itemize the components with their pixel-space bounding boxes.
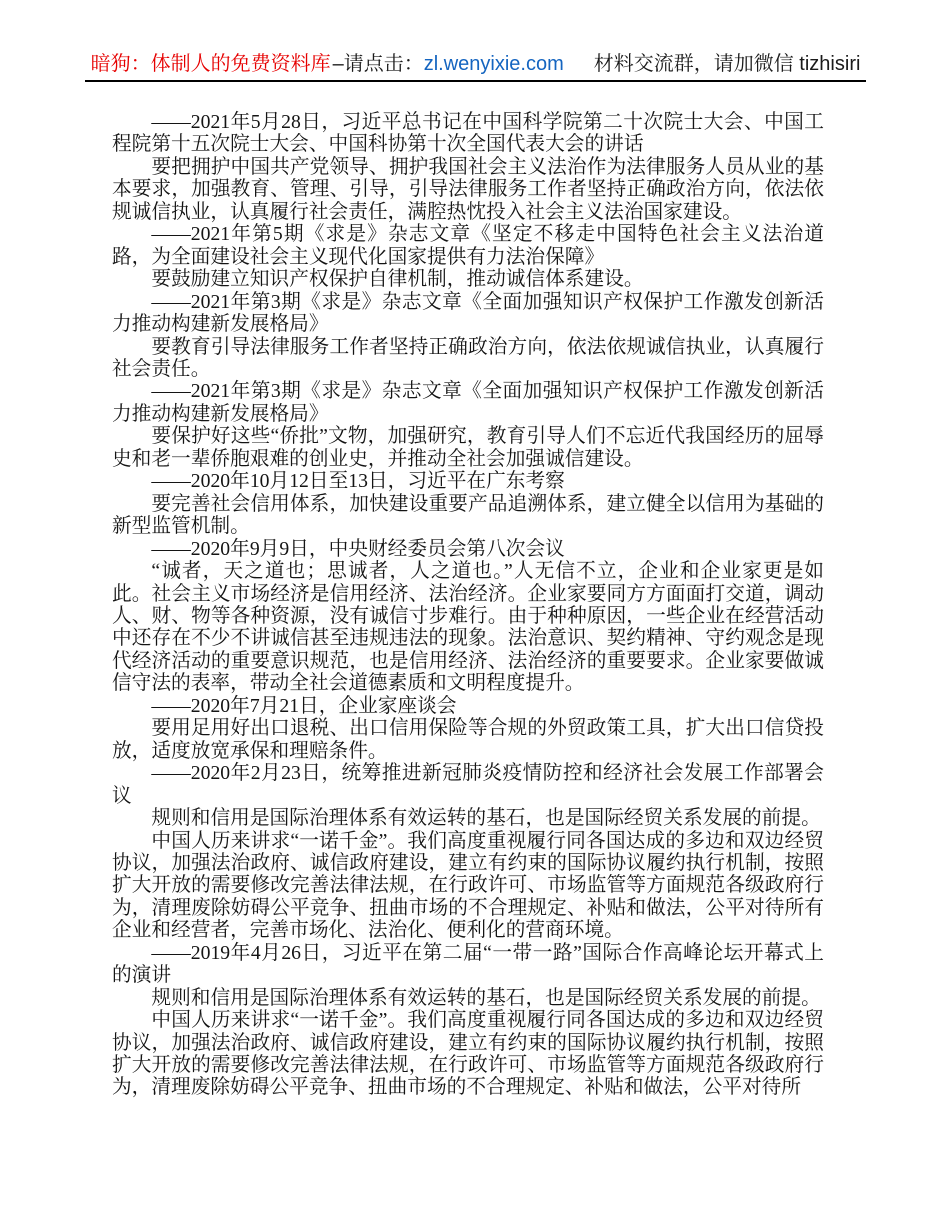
document-page: 暗狗：体制人的免费资料库 –请点击： zl.wenyixie.com 材料交流群… <box>0 0 950 1230</box>
header-divider <box>85 80 866 82</box>
page-header: 暗狗：体制人的免费资料库 –请点击： zl.wenyixie.com 材料交流群… <box>85 50 866 78</box>
header-brand-text: 暗狗：体制人的免费资料库 <box>91 50 331 78</box>
paragraph: ——2021年第3期《求是》杂志文章《全面加强知识产权保护工作激发创新活力推动构… <box>112 291 824 336</box>
paragraph: ——2021年5月28日，习近平总书记在中国科学院第二十次院士大会、中国工程院第… <box>112 111 824 156</box>
paragraph: 要保护好这些“侨批”文物，加强研究，教育引导人们不忘近代我国经历的屈辱史和老一辈… <box>112 425 824 470</box>
paragraph: ——2021年第5期《求是》杂志文章《坚定不移走中国特色社会主义法治道路，为全面… <box>112 223 824 268</box>
paragraph: ——2020年2月23日，统筹推进新冠肺炎疫情防控和经济社会发展工作部署会议 <box>112 762 824 807</box>
paragraph: ——2019年4月26日，习近平在第二届“一带一路”国际合作高峰论坛开幕式上的演… <box>112 942 824 987</box>
paragraph: “诚者，天之道也；思诚者，人之道也。”人无信不立，企业和企业家更是如此。社会主义… <box>112 560 824 695</box>
header-contact-note: 材料交流群，请加微信 tizhisiri <box>594 50 861 78</box>
paragraph: 要完善社会信用体系，加快建设重要产品追溯体系，建立健全以信用为基础的新型监管机制… <box>112 493 824 538</box>
paragraph: 要用足用好出口退税、出口信用保险等合规的外贸政策工具，扩大出口信贷投放，适度放宽… <box>112 717 824 762</box>
paragraph: 规则和信用是国际治理体系有效运转的基石，也是国际经贸关系发展的前提。 <box>112 987 824 1009</box>
paragraph: ——2020年7月21日，企业家座谈会 <box>112 695 824 717</box>
header-link-prefix: –请点击： <box>333 50 424 78</box>
paragraph: ——2021年第3期《求是》杂志文章《全面加强知识产权保护工作激发创新活力推动构… <box>112 380 824 425</box>
document-body: ——2021年5月28日，习近平总书记在中国科学院第二十次院士大会、中国工程院第… <box>112 111 824 1099</box>
header-site-link[interactable]: zl.wenyixie.com <box>424 50 564 78</box>
paragraph: 要把拥护中国共产党领导、拥护我国社会主义法治作为法律服务人员从业的基本要求，加强… <box>112 156 824 223</box>
paragraph: 中国人历来讲求“一诺千金”。我们高度重视履行同各国达成的多边和双边经贸协议，加强… <box>112 1009 824 1099</box>
paragraph: ——2020年9月9日，中央财经委员会第八次会议 <box>112 538 824 560</box>
paragraph: 要鼓励建立知识产权保护自律机制，推动诚信体系建设。 <box>112 268 824 290</box>
paragraph: 要教育引导法律服务工作者坚持正确政治方向，依法依规诚信执业，认真履行社会责任。 <box>112 336 824 381</box>
paragraph: 中国人历来讲求“一诺千金”。我们高度重视履行同各国达成的多边和双边经贸协议，加强… <box>112 830 824 942</box>
paragraph: 规则和信用是国际治理体系有效运转的基石，也是国际经贸关系发展的前提。 <box>112 807 824 829</box>
paragraph: ——2020年10月12日至13日，习近平在广东考察 <box>112 470 824 492</box>
